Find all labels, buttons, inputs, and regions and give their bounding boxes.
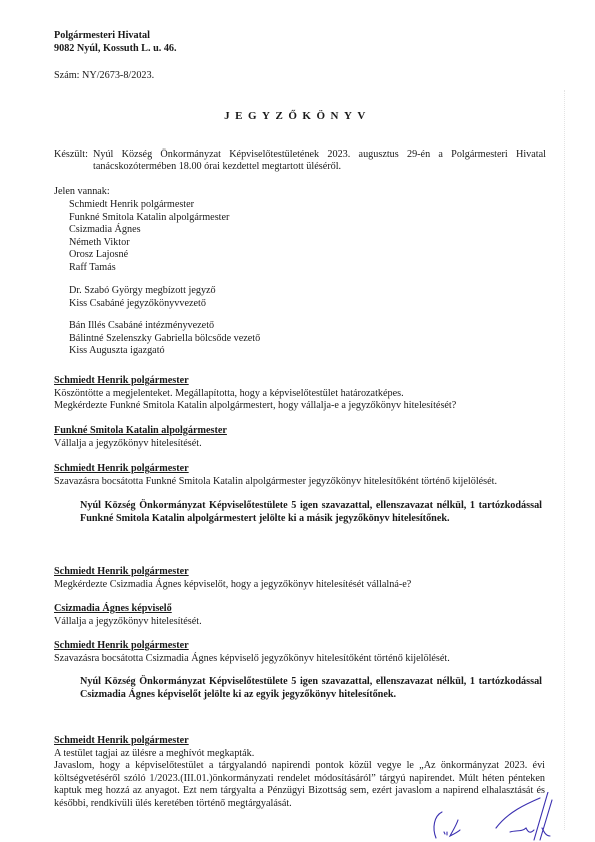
signature-icon: [430, 792, 570, 842]
speaker-name: Csizmadia Ágnes képviselő: [54, 603, 202, 616]
speaker-name: Schmiedt Henrik polgármester: [54, 375, 456, 388]
section-text: Megkérdezte Csizmadia Ágnes képviselőt, …: [54, 579, 411, 592]
section-text: A testület tagjai az ülésre a meghívót m…: [54, 748, 545, 761]
speaker-name: Schmiedt Henrik polgármester: [54, 640, 450, 653]
office-name: Polgármesteri Hivatal: [54, 30, 150, 43]
present-officials: Dr. Szabó György megbízott jegyző Kiss C…: [69, 285, 216, 310]
present-member: Raff Tamás: [69, 262, 229, 275]
made-line-2: tanácskozótermében 18.00 órai kezdettel …: [93, 161, 341, 174]
made-line-1: Nyúl Község Önkormányzat Képviselőtestül…: [93, 149, 546, 162]
present-official: Kiss Csabáné jegyzőkönyvvezető: [69, 298, 216, 311]
present-member: Funkné Smitola Katalin alpolgármester: [69, 212, 229, 225]
speaker-name: Schmiedt Henrik polgármester: [54, 566, 411, 579]
section-4: Schmiedt Henrik polgármester Megkérdezte…: [54, 566, 411, 591]
scan-margin-line: [564, 90, 565, 830]
present-member: Csizmadia Ágnes: [69, 224, 229, 237]
present-member: Orosz Lajosné: [69, 249, 229, 262]
present-members: Schmiedt Henrik polgármester Funkné Smit…: [69, 199, 229, 275]
made-label: Készült:: [54, 149, 88, 162]
section-2: Funkné Smitola Katalin alpolgármester Vá…: [54, 425, 227, 450]
present-guests: Bán Illés Csabáné intézményvezető Bálint…: [69, 320, 260, 358]
speaker-name: Schmeidt Henrik polgármester: [54, 735, 545, 748]
present-guest: Bán Illés Csabáné intézményvezető: [69, 320, 260, 333]
speaker-name: Funkné Smitola Katalin alpolgármester: [54, 425, 227, 438]
section-text: Szavazásra bocsátotta Csizmadia Ágnes ké…: [54, 653, 450, 666]
section-3: Schmiedt Henrik polgármester Szavazásra …: [54, 463, 497, 488]
section-6: Schmiedt Henrik polgármester Szavazásra …: [54, 640, 450, 665]
section-text: Vállalja a jegyzőkönyv hitelesítését.: [54, 616, 202, 629]
present-official: Dr. Szabó György megbízott jegyző: [69, 285, 216, 298]
office-address: 9082 Nyúl, Kossuth L. u. 46.: [54, 43, 177, 56]
section-5: Csizmadia Ágnes képviselő Vállalja a jeg…: [54, 603, 202, 628]
present-member: Németh Viktor: [69, 237, 229, 250]
document-title: JEGYZŐKÖNYV: [0, 110, 595, 123]
present-guest: Bálintné Szelenszky Gabriella bölcsőde v…: [69, 333, 260, 346]
present-member: Schmiedt Henrik polgármester: [69, 199, 229, 212]
section-1: Schmiedt Henrik polgármester Köszöntötte…: [54, 375, 456, 413]
resolution-2: Nyúl Község Önkormányzat Képviselőtestül…: [80, 676, 542, 701]
speaker-name: Schmiedt Henrik polgármester: [54, 463, 497, 476]
section-text: Szavazásra bocsátotta Funkné Smitola Kat…: [54, 476, 497, 489]
section-text: Megkérdezte Funkné Smitola Katalin alpol…: [54, 400, 456, 413]
present-guest: Kiss Auguszta igazgató: [69, 345, 260, 358]
section-text: Vállalja a jegyzőkönyv hitelesítését.: [54, 438, 227, 451]
reference-number: Szám: NY/2673-8/2023.: [54, 70, 154, 83]
resolution-1: Nyúl Község Önkormányzat Képviselőtestül…: [80, 500, 542, 525]
present-label: Jelen vannak:: [54, 186, 110, 199]
section-text: Köszöntötte a megjelenteket. Megállapíto…: [54, 388, 456, 401]
